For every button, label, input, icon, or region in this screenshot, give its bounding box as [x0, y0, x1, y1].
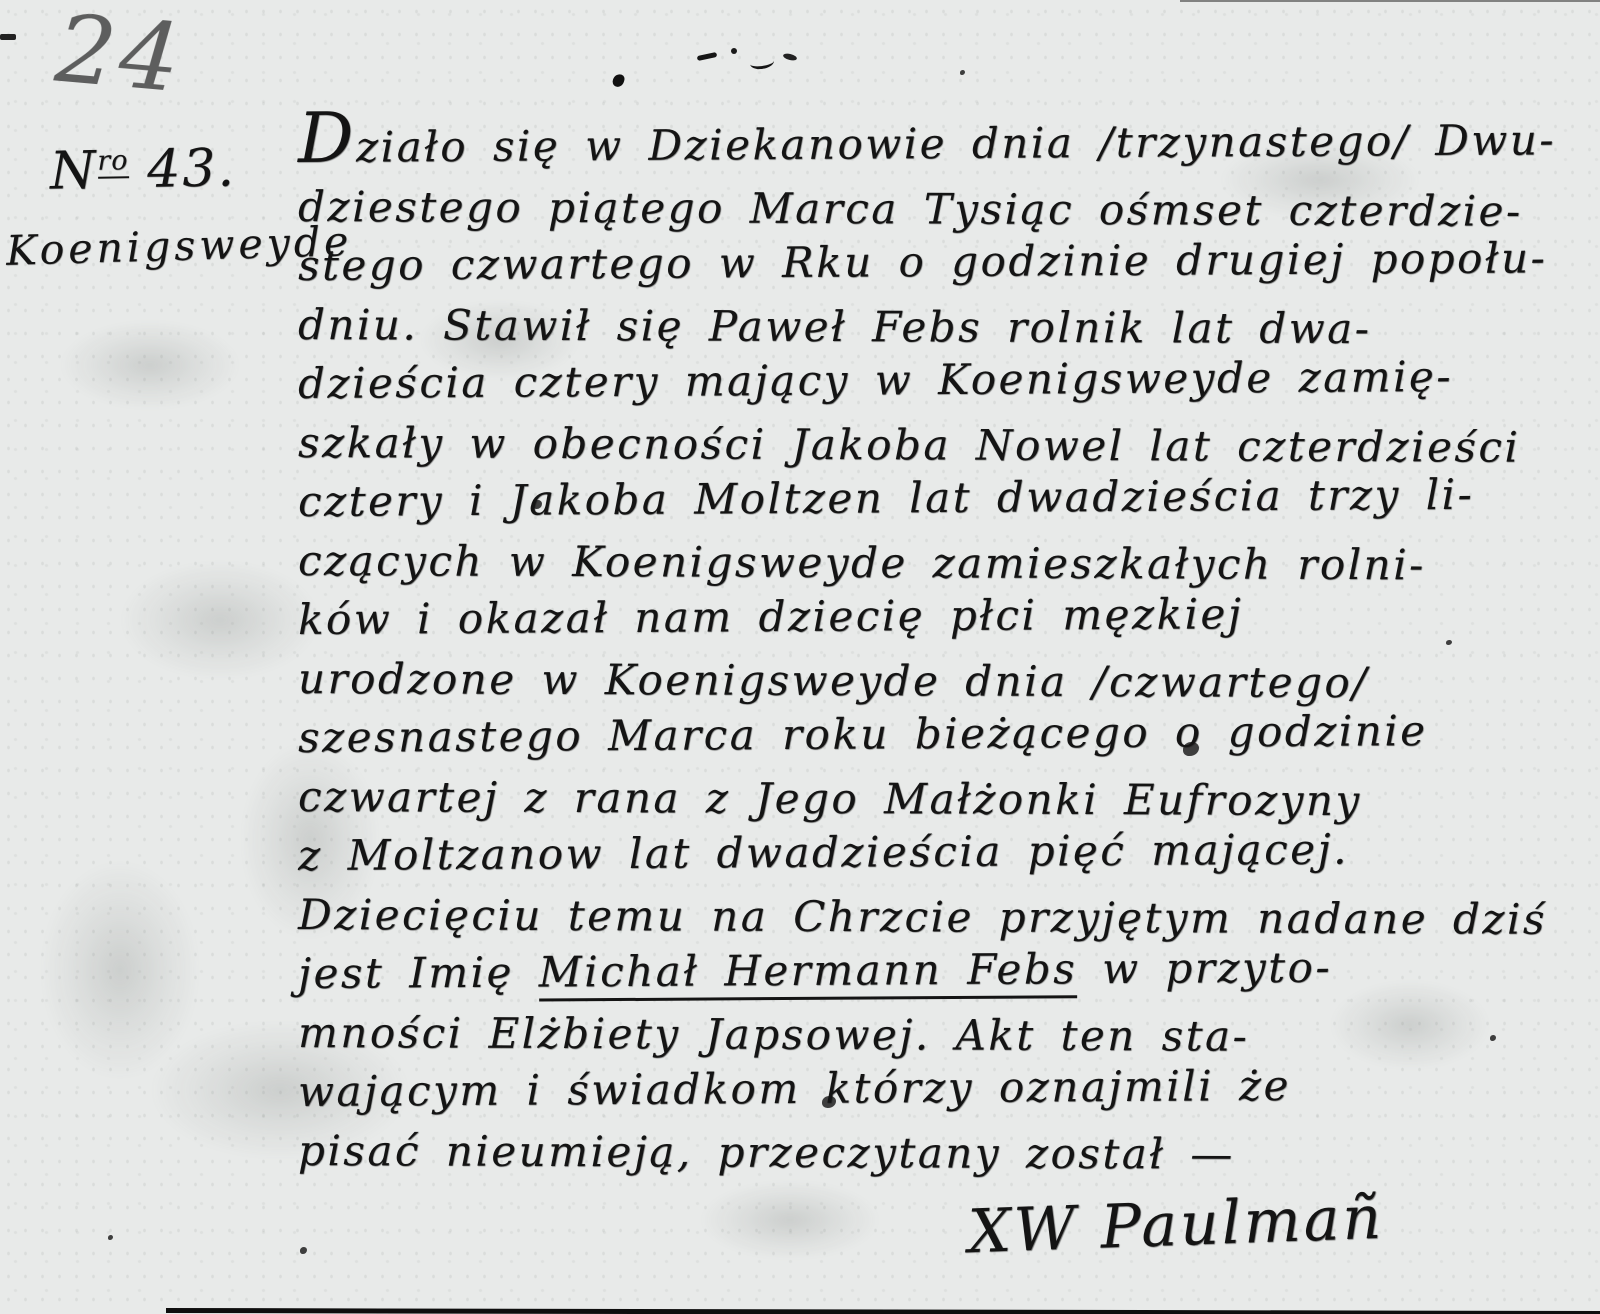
ink-blot-squiggle	[749, 55, 774, 70]
act-number-value: 43.	[147, 138, 237, 200]
act-number-superscript: ro	[97, 145, 129, 179]
pencil-page-number: 24	[51, 0, 188, 114]
ink-blot-dot	[611, 73, 626, 89]
manuscript-line-07: cztery i Jakoba Moltzen lat dwadzieścia …	[298, 464, 1568, 531]
manuscript-line-09: ków i okazał nam dziecię płci męzkiej	[298, 582, 1568, 649]
manuscript-line-13: z Moltzanow lat dwadzieścia pięć mającej…	[298, 818, 1568, 885]
manuscript-line-11: szesnastego Marca roku bieżącego o godzi…	[298, 700, 1568, 767]
scan-edge-left-mark	[0, 34, 16, 40]
act-number-prefix: N	[49, 141, 98, 202]
ink-speck	[960, 70, 965, 75]
underlined-child-name: Michał Hermann Febs	[539, 944, 1078, 1001]
registrar-signature: XW Paulmañ	[967, 1183, 1385, 1267]
ink-blot-mark	[585, 44, 845, 100]
margin-act-number: Nro 43.	[49, 138, 236, 201]
scan-edge-bottom	[166, 1308, 1600, 1314]
line-15-pre: jest Imię	[298, 948, 539, 998]
scan-edge-top	[1180, 0, 1600, 2]
manuscript-line-18: pisać nieumieją, przeczytany został —	[298, 1121, 1568, 1185]
manuscript-line-15: jest Imię Michał Hermann Febs w przyto-	[298, 936, 1568, 1003]
manuscript-line-01: Działo się w Dziekanowie dnia /trzynaste…	[298, 110, 1568, 177]
manuscript-line-17: wającym i świadkom którzy oznajmili że	[298, 1054, 1568, 1121]
line-15-post: w przyto-	[1077, 943, 1332, 994]
ink-blot-dot	[731, 48, 737, 54]
manuscript-line-05: dzieścia cztery mający w Koenigsweyde za…	[298, 346, 1568, 413]
ink-speck	[108, 1235, 113, 1240]
ink-speck	[300, 1247, 307, 1254]
manuscript-line-03: stego czwartego w Rku o godzinie drugiej…	[298, 228, 1568, 295]
paper-smudge	[700, 1180, 880, 1260]
paper-smudge	[120, 560, 320, 680]
manuscript-text-block: Działo się w Dziekanowie dnia /trzynaste…	[298, 118, 1568, 1180]
ink-blot-stroke	[697, 52, 718, 61]
ink-blot-stroke	[782, 52, 797, 61]
scanned-document-page: 24 Nro 43. Koenigsweyde Działo się w Dzi…	[0, 0, 1600, 1314]
paper-smudge	[60, 320, 240, 410]
